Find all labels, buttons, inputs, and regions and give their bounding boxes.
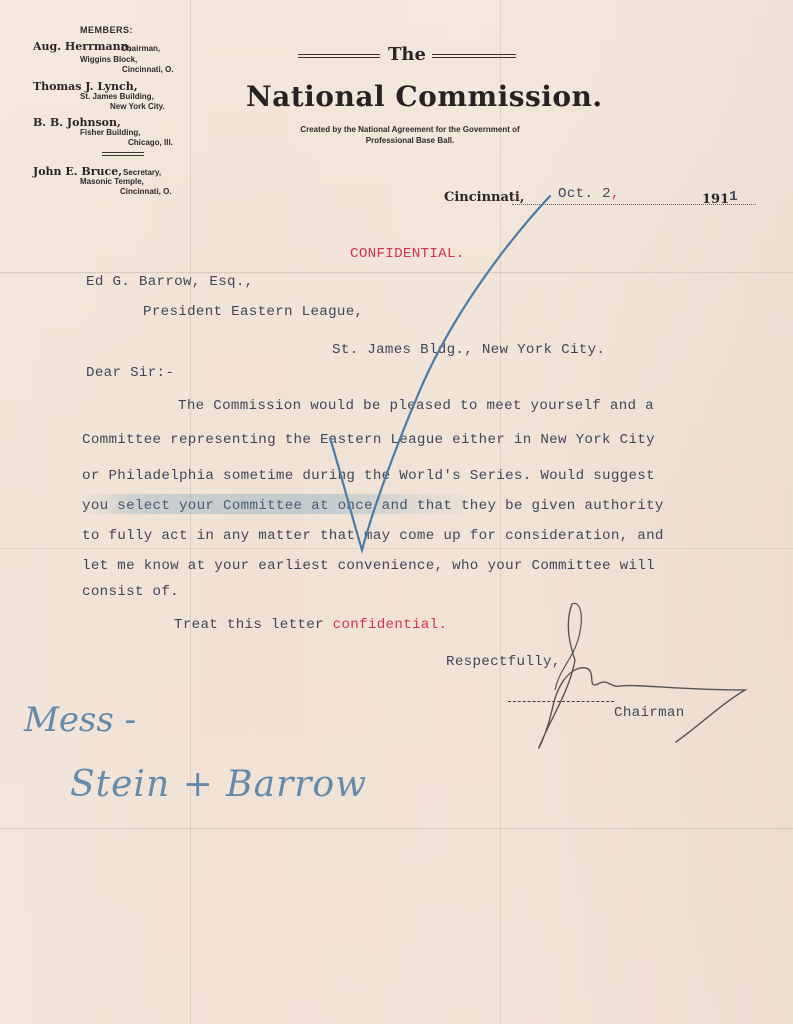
check-mark-icon: [330, 196, 550, 550]
signature-scrawl: [539, 604, 745, 748]
annotation-layer: [0, 0, 793, 1024]
handwritten-note-line2: Stein + Barrow: [70, 764, 367, 805]
handwritten-note-line1: Mess -: [24, 700, 136, 740]
signature-loop: [555, 603, 581, 690]
